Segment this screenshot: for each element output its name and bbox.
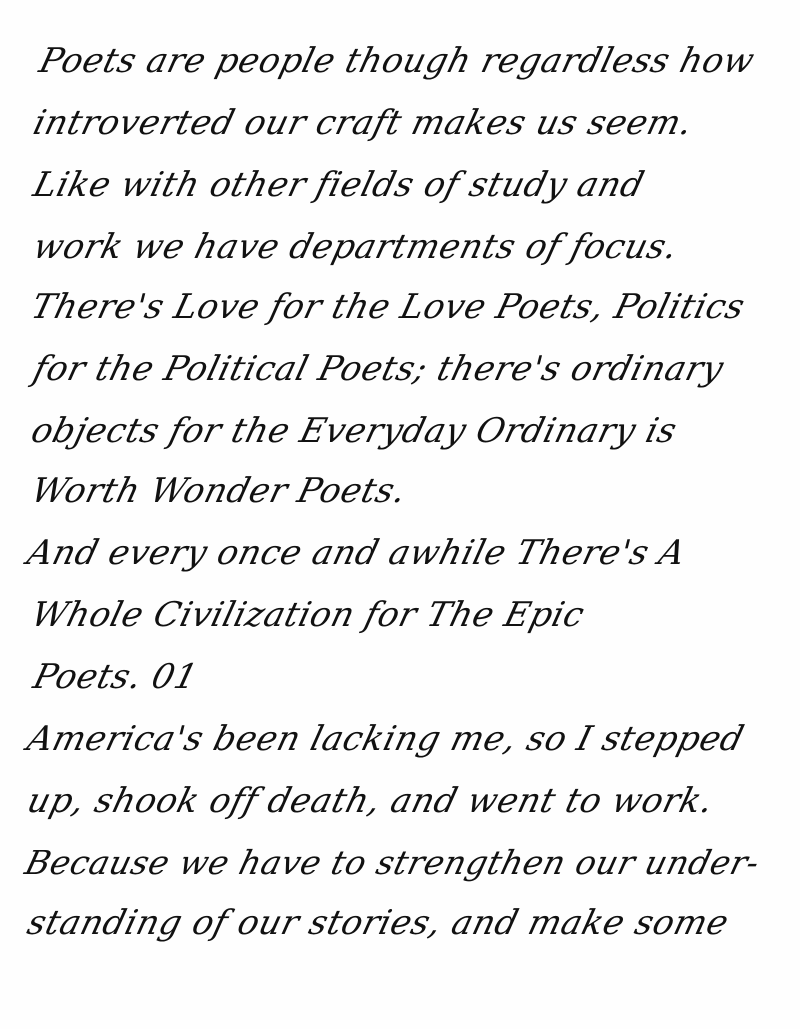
text-line: Worth Wonder Poets. [28,474,410,508]
text-line: There's Love for the Love Poets, Politic… [28,290,748,324]
text-line: And every once and awhile There's A [24,536,689,570]
text-line: America's been lacking me, so I stepped [24,722,747,756]
text-line: Poets are people though regardless how [36,44,758,78]
handwritten-page: Poets are people though regardless how i… [0,0,800,1029]
text-line: standing of our stories, and make some [24,906,732,940]
text-line: Poets. 01 [30,660,201,694]
text-line: Like with other fields of study and [30,168,648,202]
text-line: objects for the Everyday Ordinary is [28,414,680,448]
text-line: up, shook off death, and went to work. [24,784,717,818]
text-line: introverted our craft makes us seem. [30,106,696,140]
text-line: Whole Civilization for The Epic [28,598,588,632]
text-line: for the Political Poets; there's ordinar… [30,352,727,386]
text-line: work we have departments of focus. [30,230,681,264]
text-line: Because we have to strengthen our under- [22,846,763,879]
